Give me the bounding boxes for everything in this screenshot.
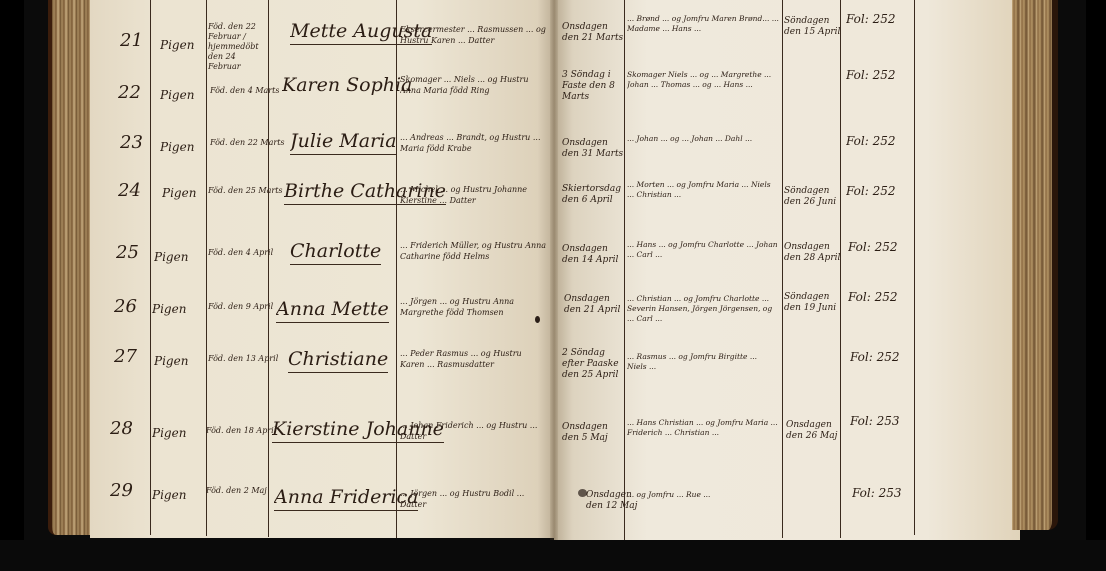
entry-parents: Eksercermester ... Rasmussen ... og Hust… [400,24,548,46]
background-right [1086,0,1106,571]
entry-number: 28 [110,418,133,439]
entry-number: 26 [114,296,137,317]
entry-parents: ... Andreas ... Brandt, og Hustru ... Ma… [400,132,548,154]
entry-churching-date: Söndagen den 19 Juni [784,292,846,314]
page-fold [550,0,558,540]
entry-number: 25 [116,242,139,263]
entry-baptism-date: Onsdagen den 21 Marts [562,22,624,44]
background-bottom [0,540,1106,571]
entry-sex: Pigen [160,140,194,154]
entry-born: Föd. den 2 Maj [206,486,267,496]
entry-churching-date: Onsdagen den 26 Maj [786,420,848,442]
entry-sponsors: Skomager Niels ... og ... Margrethe ... … [627,70,779,90]
entry-born: Föd. den 4 April [208,248,273,258]
entry-parents: ... Jörgen ... og Hustru Anna Margrethe … [400,296,548,318]
entry-child-name: Julie Maria [290,130,397,155]
entry-born: Föd. den 18 April [206,426,276,436]
entry-sponsors: ... Hans Christian ... og Jomfru Maria .… [627,418,779,438]
entry-number: 21 [120,30,143,51]
entry-baptism-date: Onsdagen den 5 Maj [562,422,624,444]
entry-baptism-date: 2 Söndag efter Paaske den 25 April [562,348,624,381]
entry-born: Föd. den 9 April [208,302,273,312]
entry-baptism-date: Skiertorsdag den 6 April [562,184,624,206]
entry-number: 24 [118,180,141,201]
entry-child-name: Anna Mette [276,298,389,323]
column-line [840,0,841,538]
entry-folio: Fol: 252 [850,350,900,364]
entry-child-name: Anna Friderica [274,486,418,511]
entry-sponsors: ... Brønd ... og Jomfru Maren Brønd... .… [627,14,779,34]
entry-sex: Pigen [154,354,188,368]
column-line [914,0,915,535]
entry-churching-date: Söndagen den 15 April [784,16,846,38]
entry-parents: ... Michel ... og Hustru Johanne Kiersti… [400,184,548,206]
entry-folio: Fol: 252 [846,68,896,82]
entry-baptism-date: Onsdagen den 14 April [562,244,624,266]
entry-born: Föd. den 4 Marts [210,86,279,96]
entry-folio: Fol: 252 [846,12,896,26]
entry-parents: ... Johan Friderich ... og Hustru ... Da… [400,420,548,442]
entry-folio: Fol: 252 [846,184,896,198]
entry-baptism-date: Onsdagen den 21 April [564,294,626,316]
entry-child-name: Christiane [288,348,388,373]
entry-parents: Skomager ... Niels ... og Hustru Anna Ma… [400,74,548,96]
entry-number: 23 [120,132,143,153]
entry-folio: Fol: 252 [848,240,898,254]
entry-number: 27 [114,346,137,367]
entry-churching-date: Onsdagen den 28 April [784,242,846,264]
entry-sex: Pigen [152,488,186,502]
entry-sponsors: ... og Jomfru ... Rue ... [627,490,779,500]
column-line [624,0,625,540]
column-line [206,0,207,536]
entry-sex: Pigen [152,426,186,440]
entry-folio: Fol: 253 [850,414,900,428]
background-left [0,0,24,571]
entry-sex: Pigen [152,302,186,316]
entry-sponsors: ... Christian ... og Jomfru Charlotte ..… [627,294,779,324]
entry-number: 22 [118,82,141,103]
column-line [268,0,269,537]
column-line [150,0,151,535]
entry-born: Föd. den 22 Marts [210,138,285,148]
entry-sex: Pigen [160,38,194,52]
entry-born: Föd. den 13 April [208,354,278,364]
entry-folio: Fol: 252 [848,290,898,304]
entry-born: Föd. den 22 Februar / hjemmedöbt den 24 … [208,22,266,72]
entry-number: 29 [110,480,133,501]
entry-sponsors: ... Rasmus ... og Jomfru Birgitte ... Ni… [627,352,779,372]
book-edge-left [48,0,96,535]
entry-baptism-date: Onsdagen den 31 Marts [562,138,624,160]
entry-churching-date: Söndagen den 26 Juni [784,186,846,208]
entry-parents: ... Peder Rasmus ... og Hustru Karen ...… [400,348,548,370]
entry-child-name: Karen Sophia [282,74,412,98]
entry-folio: Fol: 253 [852,486,902,500]
entry-parents: ... Jörgen ... og Hustru Bodil ... Datte… [400,488,548,510]
entry-sponsors: ... Hans ... og Jomfru Charlotte ... Joh… [627,240,779,260]
entry-child-name: Charlotte [290,240,381,265]
entry-sex: Pigen [162,186,196,200]
column-line [782,0,783,538]
entry-sex: Pigen [160,88,194,102]
entry-born: Föd. den 25 Marts [208,186,283,196]
entry-sponsors: ... Morten ... og Jomfru Maria ... Niels… [627,180,779,200]
book-edge-right [1012,0,1058,530]
entry-baptism-date: 3 Söndag i Faste den 8 Marts [562,70,624,103]
entry-parents: ... Friderich Müller, og Hustru Anna Cat… [400,240,548,262]
entry-folio: Fol: 252 [846,134,896,148]
entry-sponsors: ... Johan ... og ... Johan ... Dahl ... [627,134,779,144]
entry-sex: Pigen [154,250,188,264]
